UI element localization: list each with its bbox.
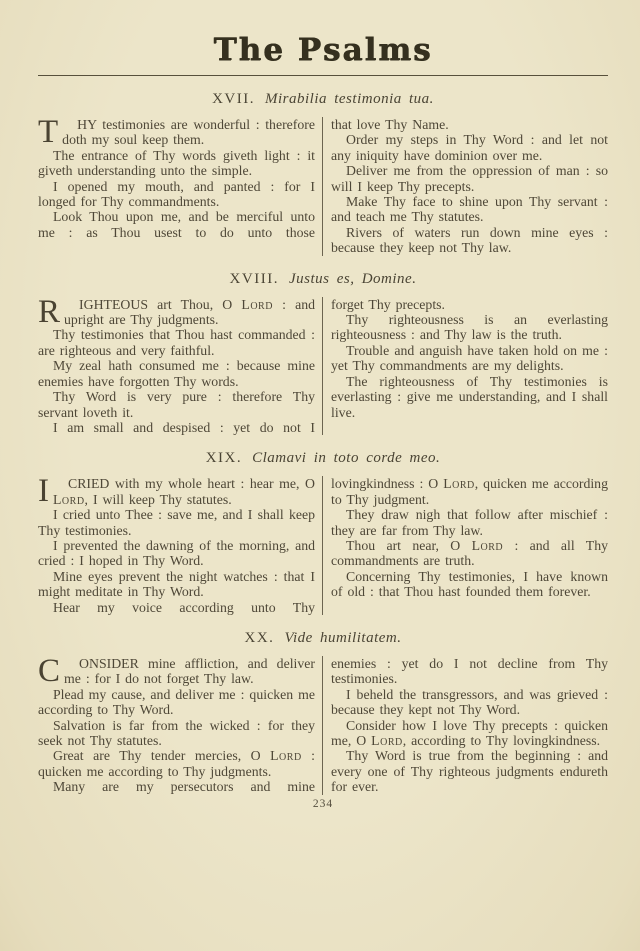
section-subtitle: Vide humilitatem. (284, 630, 401, 646)
two-column-text: I CRIED with my whole heart : hear me, O… (38, 476, 608, 615)
title-rule (38, 75, 608, 76)
psalm-paragraph: Hear my voice according unto Thy (38, 600, 315, 615)
psalm-paragraph: Deliver me from the oppression of man : … (331, 163, 608, 194)
psalm-paragraph: enemies : yet do I not decline from Thy … (331, 656, 608, 687)
psalm-paragraph: The entrance of Thy words giveth light :… (38, 148, 315, 179)
psalm-paragraph: The righteousness of Thy testimonies is … (331, 374, 608, 420)
psalm-paragraph: Thy testimonies that Thou hast commanded… (38, 327, 315, 358)
drop-cap: T (38, 117, 62, 145)
drop-cap: R (38, 297, 64, 325)
right-column: enemies : yet do I not decline from Thy … (323, 656, 608, 795)
psalm-paragraph: RIGHTEOUS art Thou, O Lord : and upright… (38, 297, 315, 328)
psalm-paragraph: forget Thy precepts. (331, 297, 608, 312)
psalm-paragraph: Trouble and anguish have taken hold on m… (331, 343, 608, 374)
psalm-paragraph: I prevented the dawning of the morning, … (38, 538, 315, 569)
section-subtitle: Mirabilia testimonia tua. (265, 91, 434, 107)
psalm-paragraph: Look Thou upon me, and be merciful unto … (38, 209, 315, 240)
section-number: XX. (245, 630, 275, 646)
left-column: RIGHTEOUS art Thou, O Lord : and upright… (38, 297, 322, 436)
section-subtitle: Justus es, Domine. (289, 271, 417, 287)
sections-container: XVII.Mirabilia testimonia tua. THY testi… (38, 91, 608, 795)
section-number: XVIII. (230, 271, 279, 287)
psalm-paragraph: Concerning Thy testimonies, I have known… (331, 569, 608, 600)
psalm-paragraph: Thou art near, O Lord : and all Thy comm… (331, 538, 608, 569)
psalm-section: XVIII.Justus es, Domine. RIGHTEOUS art T… (38, 271, 608, 436)
scanned-book-page: The Psalms XVII.Mirabilia testimonia tua… (0, 0, 640, 951)
psalm-paragraph: Mine eyes prevent the night watches : th… (38, 569, 315, 600)
psalm-section: XVII.Mirabilia testimonia tua. THY testi… (38, 91, 608, 256)
lord-smallcaps: Lord (371, 733, 403, 748)
psalm-paragraph: Consider how I love Thy precepts : quick… (331, 718, 608, 749)
lord-smallcaps: Lord (472, 538, 504, 553)
psalm-paragraph: Rivers of waters run down mine eyes : be… (331, 225, 608, 256)
section-number: XVII. (212, 91, 255, 107)
psalm-paragraph: Thy righteousness is an everlasting righ… (331, 312, 608, 343)
psalm-paragraph: lovingkindness : O Lord, quicken me acco… (331, 476, 608, 507)
psalm-paragraph: Order my steps in Thy Word : and let not… (331, 132, 608, 163)
page-content: The Psalms XVII.Mirabilia testimonia tua… (38, 34, 608, 810)
drop-cap: I (38, 476, 53, 504)
psalm-paragraph: I beheld the transgressors, and was grie… (331, 687, 608, 718)
section-heading: XVIII.Justus es, Domine. (38, 271, 608, 288)
right-column: that love Thy Name.Order my steps in Thy… (323, 117, 608, 256)
right-column: lovingkindness : O Lord, quicken me acco… (323, 476, 608, 615)
book-title: The Psalms (38, 34, 608, 66)
psalm-paragraph: I am small and despised : yet do not I (38, 420, 315, 435)
left-column: THY testimonies are wonderful : therefor… (38, 117, 322, 256)
psalm-paragraph: Thy Word is true from the beginning : an… (331, 748, 608, 794)
psalm-paragraph: Salvation is far from the wicked : for t… (38, 718, 315, 749)
drop-cap: C (38, 656, 64, 684)
psalm-paragraph: CONSIDER mine affliction, and deliver me… (38, 656, 315, 687)
section-number: XIX. (206, 450, 242, 466)
left-column: CONSIDER mine affliction, and deliver me… (38, 656, 322, 795)
psalm-paragraph: THY testimonies are wonderful : therefor… (38, 117, 315, 148)
psalm-paragraph: My zeal hath consumed me : because mine … (38, 358, 315, 389)
section-heading: XX.Vide humilitatem. (38, 630, 608, 647)
lord-smallcaps: Lord (53, 492, 85, 507)
two-column-text: THY testimonies are wonderful : therefor… (38, 117, 608, 256)
psalm-paragraph: Plead my cause, and deliver me : quicken… (38, 687, 315, 718)
psalm-paragraph: that love Thy Name. (331, 117, 608, 132)
lord-smallcaps: Lord (270, 748, 302, 763)
psalm-section: XX.Vide humilitatem. CONSIDER mine affli… (38, 630, 608, 795)
lord-smallcaps: Lord (443, 476, 475, 491)
psalm-paragraph: I CRIED with my whole heart : hear me, O… (38, 476, 315, 507)
psalm-paragraph: Make Thy face to shine upon Thy servant … (331, 194, 608, 225)
left-column: I CRIED with my whole heart : hear me, O… (38, 476, 322, 615)
right-column: forget Thy precepts.Thy righteousness is… (323, 297, 608, 436)
psalm-paragraph: Great are Thy tender mercies, O Lord : q… (38, 748, 315, 779)
psalm-paragraph: I cried unto Thee : save me, and I shall… (38, 507, 315, 538)
section-subtitle: Clamavi in toto corde meo. (252, 450, 440, 466)
two-column-text: CONSIDER mine affliction, and deliver me… (38, 656, 608, 795)
psalm-paragraph: Thy Word is very pure : therefore Thy se… (38, 389, 315, 420)
psalm-section: XIX.Clamavi in toto corde meo. I CRIED w… (38, 450, 608, 615)
section-heading: XIX.Clamavi in toto corde meo. (38, 450, 608, 467)
page-number: 234 (38, 798, 608, 810)
section-heading: XVII.Mirabilia testimonia tua. (38, 91, 608, 108)
two-column-text: RIGHTEOUS art Thou, O Lord : and upright… (38, 297, 608, 436)
psalm-paragraph: Many are my persecutors and mine (38, 779, 315, 794)
psalm-paragraph: They draw nigh that follow after mischie… (331, 507, 608, 538)
psalm-paragraph: I opened my mouth, and panted : for I lo… (38, 179, 315, 210)
lord-smallcaps: Lord (241, 297, 273, 312)
